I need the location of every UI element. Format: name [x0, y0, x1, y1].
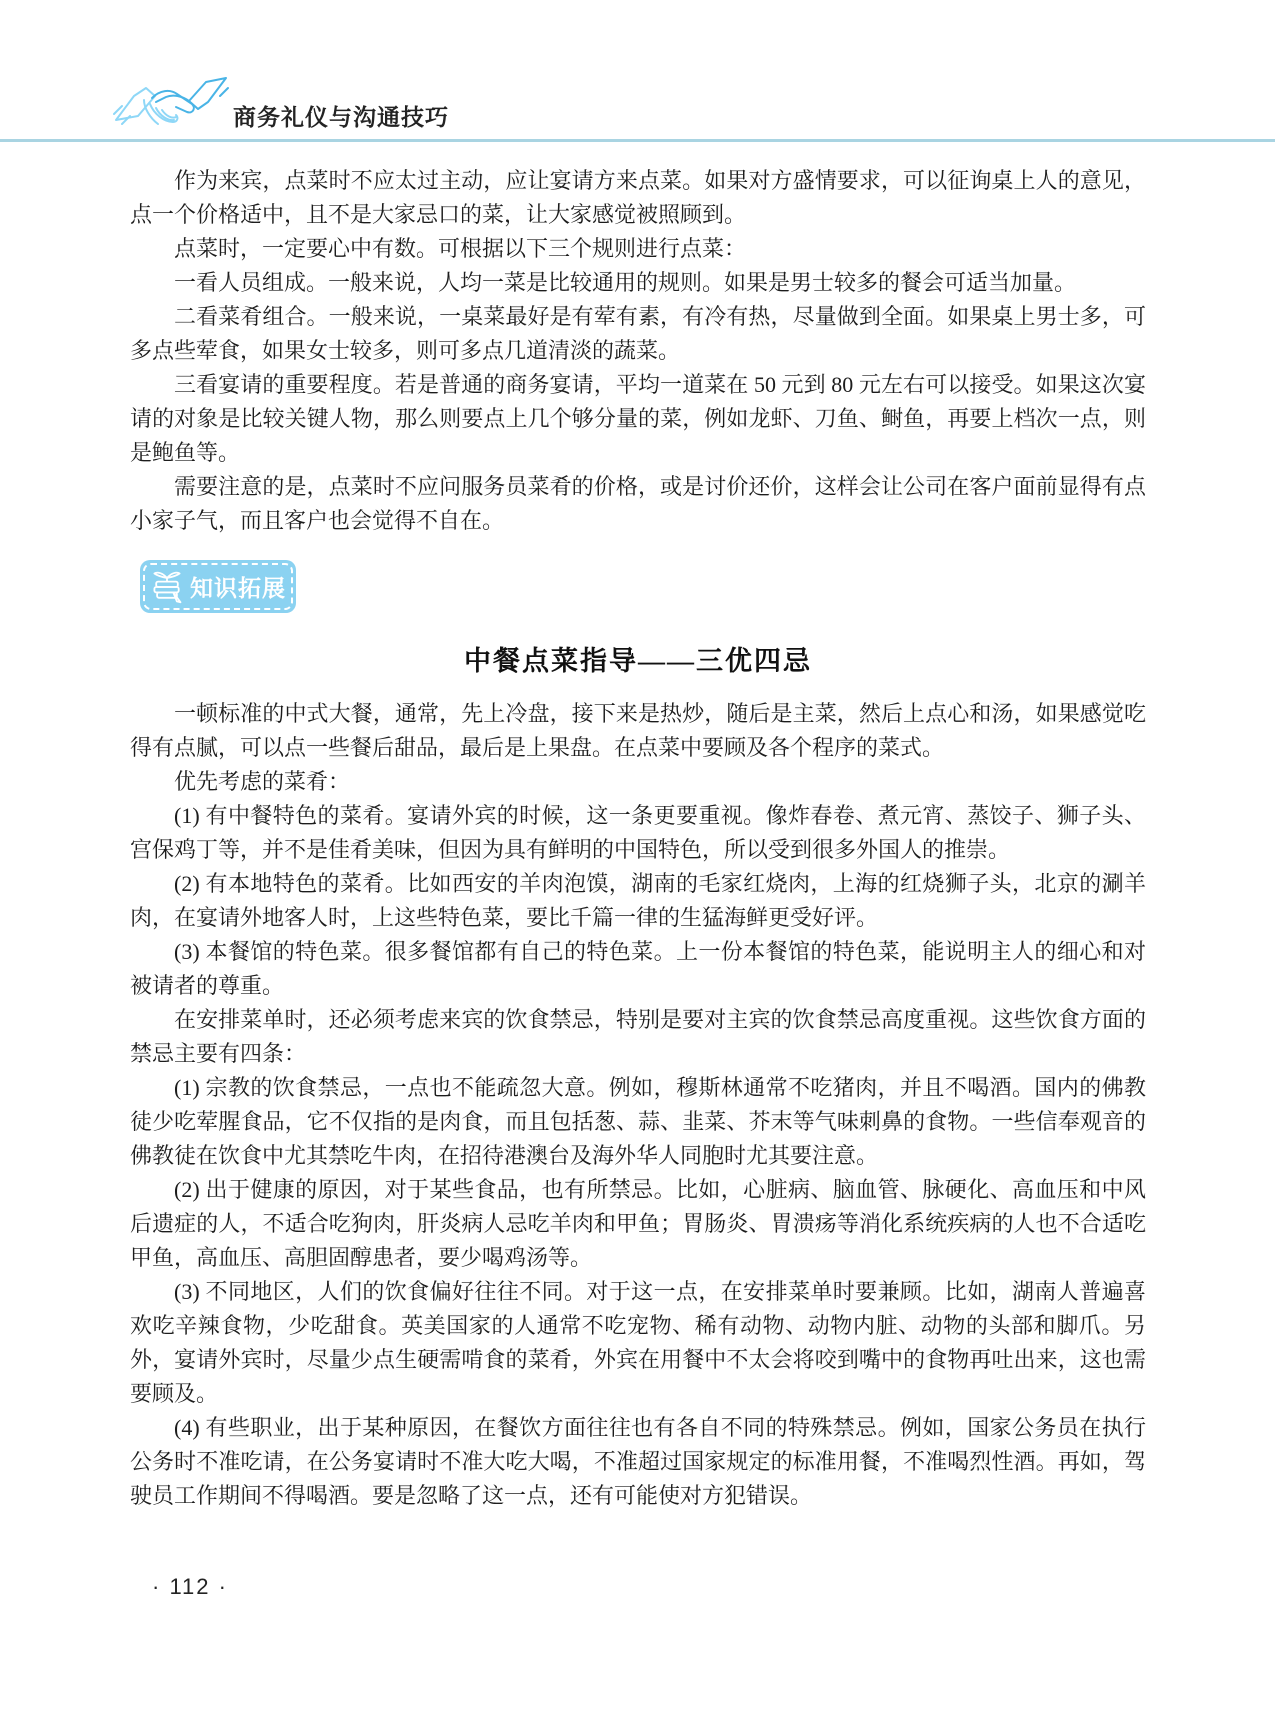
badge-label: 知识拓展: [190, 570, 286, 603]
knowledge-paragraph: 一顿标准的中式大餐，通常，先上冷盘，接下来是热炒，随后是主菜，然后上点心和汤，如…: [130, 697, 1146, 765]
knowledge-paragraph: (1) 有中餐特色的菜肴。宴请外宾的时候，这一条更要重视。像炸春卷、煮元宵、蒸饺…: [130, 799, 1146, 867]
knowledge-paragraph: (3) 不同地区，人们的饮食偏好往往不同。对于这一点，在安排菜单时要兼顾。比如，…: [130, 1275, 1146, 1411]
knowledge-paragraph: (1) 宗教的饮食禁忌，一点也不能疏忽大意。例如，穆斯林通常不吃猪肉，并且不喝酒…: [130, 1071, 1146, 1173]
page-content: 作为来宾，点菜时不应太过主动，应让宴请方来点菜。如果对方盛情要求，可以征询桌上人…: [130, 164, 1146, 1513]
page-number: · 112 ·: [152, 1574, 228, 1600]
knowledge-paragraph: (2) 有本地特色的菜肴。比如西安的羊肉泡馍，湖南的毛家红烧肉，上海的红烧狮子头…: [130, 867, 1146, 935]
book-title: 商务礼仪与沟通技巧: [233, 99, 449, 132]
book-page: 商务礼仪与沟通技巧 作为来宾，点菜时不应太过主动，应让宴请方来点菜。如果对方盛情…: [0, 0, 1275, 1718]
knowledge-paragraph: (3) 本餐馆的特色菜。很多餐馆都有自己的特色菜。上一份本餐馆的特色菜，能说明主…: [130, 935, 1146, 1003]
knowledge-paragraph: 在安排菜单时，还必须考虑来宾的饮食禁忌，特别是要对主宾的饮食禁忌高度重视。这些饮…: [130, 1003, 1146, 1071]
book-stack-sprout-icon: [149, 568, 185, 606]
intro-paragraph: 三看宴请的重要程度。若是普通的商务宴请，平均一道菜在 50 元到 80 元左右可…: [130, 368, 1146, 470]
intro-paragraph: 作为来宾，点菜时不应太过主动，应让宴请方来点菜。如果对方盛情要求，可以征询桌上人…: [130, 164, 1146, 232]
knowledge-paragraph: (2) 出于健康的原因，对于某些食品，也有所禁忌。比如，心脏病、脑血管、脉硬化、…: [130, 1173, 1146, 1275]
intro-paragraph: 一看人员组成。一般来说，人均一菜是比较通用的规则。如果是男士较多的餐会可适当加量…: [130, 266, 1146, 300]
knowledge-paragraph: 优先考虑的菜肴：: [130, 765, 1146, 799]
handshake-icon: [110, 66, 232, 136]
knowledge-expansion-badge: 知识拓展: [140, 560, 296, 613]
intro-section: 作为来宾，点菜时不应太过主动，应让宴请方来点菜。如果对方盛情要求，可以征询桌上人…: [130, 164, 1146, 538]
knowledge-paragraph: (4) 有些职业，出于某种原因，在餐饮方面往往也有各自不同的特殊禁忌。例如，国家…: [130, 1411, 1146, 1513]
knowledge-section: 一顿标准的中式大餐，通常，先上冷盘，接下来是热炒，随后是主菜，然后上点心和汤，如…: [130, 697, 1146, 1513]
section-title: 中餐点菜指导——三优四忌: [130, 639, 1146, 678]
intro-paragraph: 需要注意的是，点菜时不应问服务员菜肴的价格，或是讨价还价，这样会让公司在客户面前…: [130, 470, 1146, 538]
header-divider: [0, 139, 1275, 142]
intro-paragraph: 二看菜肴组合。一般来说，一桌菜最好是有荤有素，有冷有热，尽量做到全面。如果桌上男…: [130, 300, 1146, 368]
intro-paragraph: 点菜时，一定要心中有数。可根据以下三个规则进行点菜：: [130, 232, 1146, 266]
